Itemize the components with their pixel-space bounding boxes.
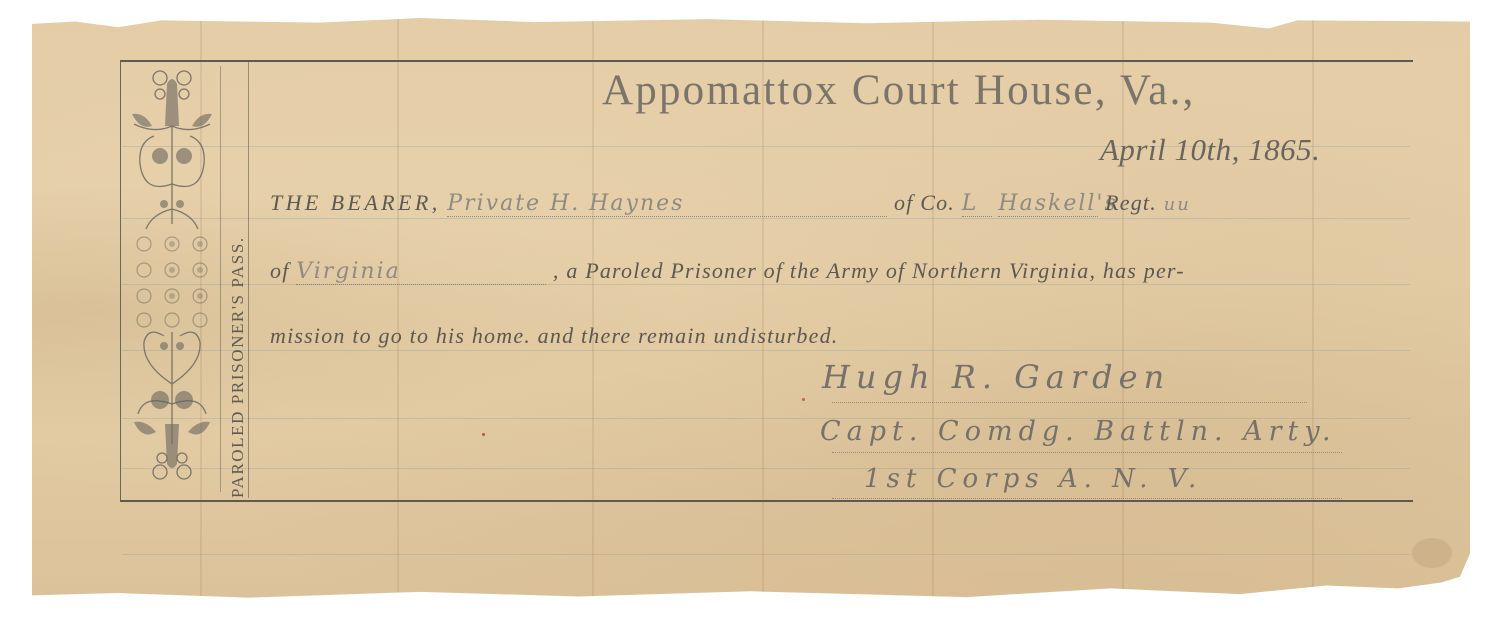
company-field: L (962, 190, 992, 217)
document-date: April 10th, 1865. (1100, 132, 1320, 168)
state-label: of (270, 258, 290, 283)
sidebar-title: PAROLED PRISONER'S PASS. (228, 236, 248, 498)
bearer-name: Private H. Haynes (447, 191, 684, 216)
signature-name: Hugh R. Garden (822, 358, 1170, 396)
paper-stain (802, 398, 805, 401)
ornamental-sidebar: PAROLED PRISONER'S PASS. (120, 60, 249, 498)
signature-dotted-line (832, 452, 1342, 453)
state-value: Virginia (296, 259, 401, 284)
paper-stain (1412, 538, 1452, 568)
paper-stain (482, 433, 485, 436)
regiment-name: Haskell's (998, 191, 1117, 216)
state-field: Virginia (296, 258, 546, 285)
bearer-line: THE BEARER, Private H. Haynes of Co. L H… (270, 190, 1191, 217)
bearer-name-field: Private H. Haynes (447, 190, 887, 217)
floral-ornament-icon (124, 64, 220, 492)
sidebar-divider (220, 66, 221, 492)
parole-text: , a Paroled Prisoner of the Army of Nort… (553, 258, 1185, 283)
ruled-line (122, 554, 1410, 555)
company-label: of Co. (894, 190, 955, 215)
permission-line: mission to go to his home. and there rem… (270, 323, 839, 349)
company-value: L (962, 191, 979, 216)
document-heading: Appomattox Court House, Va., (602, 66, 1196, 115)
regiment-field: Haskell's (998, 190, 1098, 217)
state-line: of Virginia , a Paroled Prisoner of the … (270, 258, 1185, 285)
signature-title-1: Capt. Comdg. Battln. Arty. (820, 416, 1337, 447)
regiment-suffix: uu (1164, 194, 1191, 215)
document-paper: PAROLED PRISONER'S PASS. Appomattox Cour… (32, 18, 1470, 600)
signature-dotted-line (832, 402, 1307, 403)
signature-title-2: 1st Corps A. N. V. (864, 464, 1202, 494)
signature-dotted-line (832, 498, 1342, 499)
bearer-prefix: THE BEARER, (270, 190, 441, 215)
regiment-label: Regt. (1105, 190, 1157, 215)
